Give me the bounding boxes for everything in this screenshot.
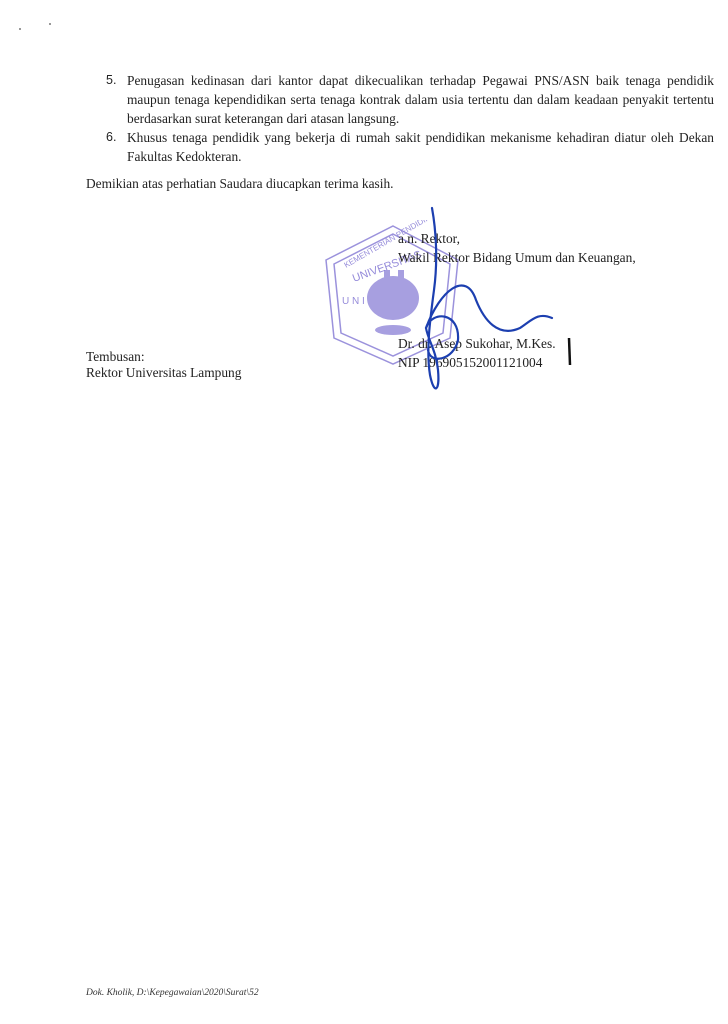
- list-item-text: Khusus tenaga pendidik yang bekerja di r…: [127, 128, 714, 166]
- scan-speck: [19, 28, 21, 30]
- cc-recipient: Rektor Universitas Lampung: [86, 365, 241, 381]
- instruction-list: 5. Penugasan kedinasan dari kantor dapat…: [106, 71, 714, 166]
- list-item-text: Penugasan kedinasan dari kantor dapat di…: [127, 71, 714, 128]
- scan-speck: [49, 23, 51, 25]
- document-page: 5. Penugasan kedinasan dari kantor dapat…: [0, 0, 728, 1024]
- document-footer: Dok. Kholik, D:\Kepegawaian\2020\Surat\5…: [86, 988, 259, 998]
- cc-label: Tembusan:: [86, 349, 241, 365]
- closing-sentence: Demikian atas perhatian Saudara diucapka…: [86, 176, 394, 192]
- svg-text:U N I: U N I: [342, 296, 365, 307]
- list-item-number: 5.: [106, 71, 116, 90]
- list-item-number: 6.: [106, 128, 116, 147]
- carbon-copy-block: Tembusan: Rektor Universitas Lampung: [86, 349, 241, 381]
- list-item: 5. Penugasan kedinasan dari kantor dapat…: [106, 71, 714, 128]
- handwritten-signature-icon: [380, 200, 580, 400]
- list-item: 6. Khusus tenaga pendidik yang bekerja d…: [106, 128, 714, 166]
